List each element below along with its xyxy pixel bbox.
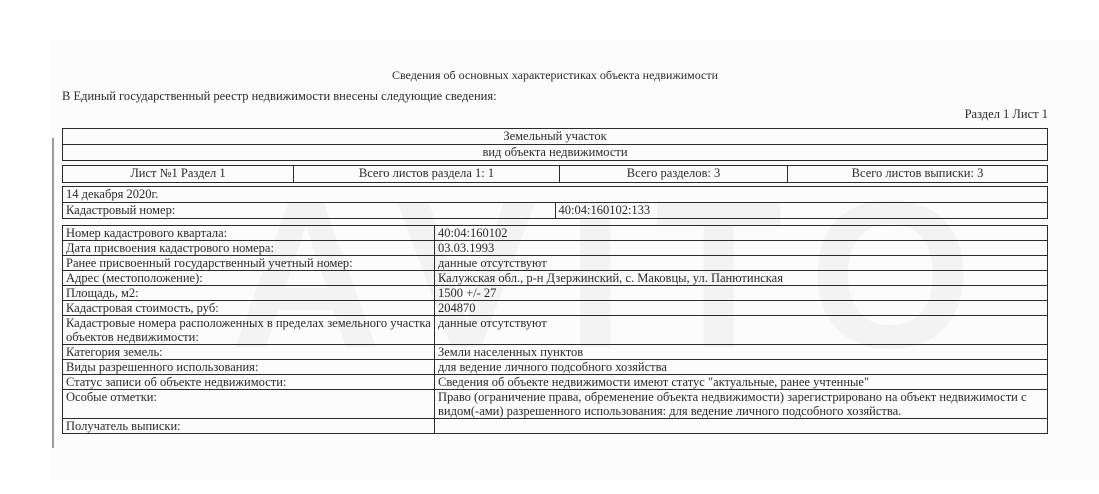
row-value: Сведения об объекте недвижимости имеют с…: [435, 375, 1048, 390]
intro-text: В Единый государственный реестр недвижим…: [62, 89, 497, 104]
table-row: Адрес (местоположение): Калужская обл., …: [63, 271, 1048, 286]
sheet-section-cell: Лист №1 Раздел 1: [63, 166, 294, 183]
table-row: Виды разрешенного использования: для вед…: [63, 360, 1048, 375]
row-label: Адрес (местоположение):: [63, 271, 435, 286]
row-label: Ранее присвоенный государственный учетны…: [63, 256, 435, 271]
characteristics-table: Номер кадастрового квартала: 40:04:16010…: [62, 225, 1048, 434]
table-row: Категория земель: Земли населенных пункт…: [63, 345, 1048, 360]
row-value: 1500 +/- 27: [435, 286, 1048, 301]
table-row: Дата присвоения кадастрового номера: 03.…: [63, 241, 1048, 256]
table-row: Номер кадастрового квартала: 40:04:16010…: [63, 226, 1048, 241]
object-type: Земельный участок: [63, 129, 1048, 145]
table-row: Кадастровая стоимость, руб: 204870: [63, 301, 1048, 316]
row-label: Особые отметки:: [63, 390, 435, 419]
section-sheet-reference: Раздел 1 Лист 1: [965, 107, 1048, 122]
row-label: Получатель выписки:: [63, 419, 435, 434]
table-row: Кадастровые номера расположенных в преде…: [63, 316, 1048, 345]
row-value: для ведение личного подсобного хозяйства: [435, 360, 1048, 375]
binder-edge-line: [52, 138, 54, 448]
row-label: Статус записи об объекте недвижимости:: [63, 375, 435, 390]
row-value: данные отсутствуют: [435, 316, 1048, 345]
row-value: Земли населенных пунктов: [435, 345, 1048, 360]
row-value: 204870: [435, 301, 1048, 316]
row-value: 03.03.1993: [435, 241, 1048, 256]
row-value: Право (ограничение права, обременение об…: [435, 390, 1048, 419]
table-row: Площадь, м2: 1500 +/- 27: [63, 286, 1048, 301]
row-value: Калужская обл., р-н Дзержинский, с. Мако…: [435, 271, 1048, 286]
row-label: Дата присвоения кадастрового номера:: [63, 241, 435, 256]
extract-sheets-total-cell: Всего листов выписки: 3: [788, 166, 1048, 183]
row-label: Кадастровые номера расположенных в преде…: [63, 316, 435, 345]
object-type-caption: вид объекта недвижимости: [63, 145, 1048, 161]
cadastral-number-value: 40:04:160102:133: [555, 203, 1048, 219]
row-value: данные отсутствуют: [435, 256, 1048, 271]
object-type-table: Земельный участок вид объекта недвижимос…: [62, 128, 1048, 161]
row-value: 40:04:160102: [435, 226, 1048, 241]
row-label: Виды разрешенного использования:: [63, 360, 435, 375]
row-label: Категория земель:: [63, 345, 435, 360]
table-row: Особые отметки: Право (ограничение права…: [63, 390, 1048, 419]
extract-date: 14 декабря 2020г.: [63, 187, 1048, 203]
sheets-info-table: Лист №1 Раздел 1 Всего листов раздела 1:…: [62, 165, 1048, 183]
table-row: Получатель выписки:: [63, 419, 1048, 434]
document-title: Сведения об основных характеристиках объ…: [0, 68, 1099, 83]
date-cadastral-table: 14 декабря 2020г. Кадастровый номер: 40:…: [62, 186, 1048, 219]
row-label: Площадь, м2:: [63, 286, 435, 301]
sections-total-cell: Всего разделов: 3: [560, 166, 788, 183]
row-label: Номер кадастрового квартала:: [63, 226, 435, 241]
section-sheets-total-cell: Всего листов раздела 1: 1: [294, 166, 560, 183]
cadastral-number-label: Кадастровый номер:: [63, 203, 556, 219]
row-label: Кадастровая стоимость, руб:: [63, 301, 435, 316]
row-value: [435, 419, 1048, 434]
table-row: Статус записи об объекте недвижимости: С…: [63, 375, 1048, 390]
table-row: Ранее присвоенный государственный учетны…: [63, 256, 1048, 271]
